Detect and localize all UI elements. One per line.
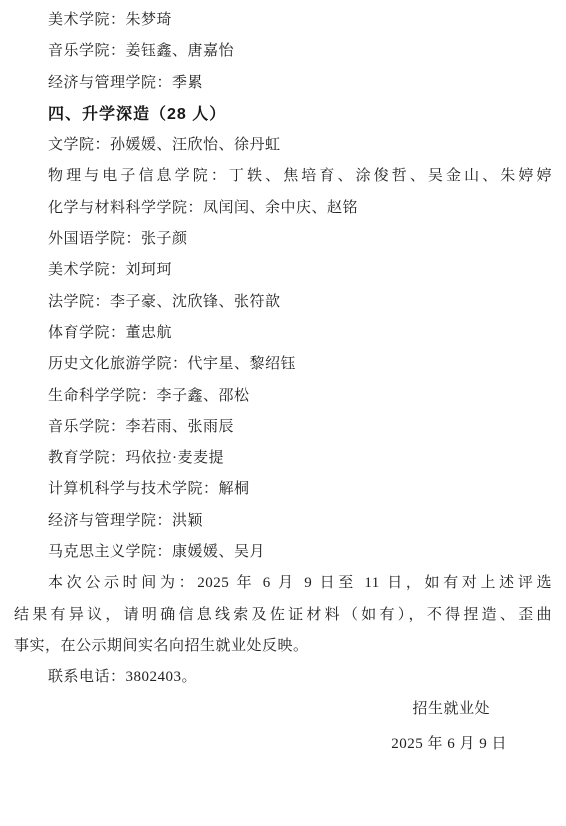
signature-department: 招生就业处 — [14, 694, 552, 725]
college-row-marxism: 马克思主义学院：康媛媛、吴月 — [14, 537, 552, 568]
college-row-economics-prev: 经济与管理学院：季累 — [14, 68, 552, 99]
college-row-chemistry: 化学与材料科学学院：凤闰闰、余中庆、赵铭 — [14, 193, 552, 224]
notice-paragraph-line-1: 本次公示时间为：2025 年 6 月 9 日至 11 日，如有对上述评选 — [14, 568, 552, 599]
college-row-physical-education: 体育学院：董忠航 — [14, 318, 552, 349]
college-row-music: 音乐学院：李若雨、张雨辰 — [14, 412, 552, 443]
college-row-physics: 物理与电子信息学院：丁轶、焦培育、涂俊哲、吴金山、朱婷婷 — [14, 161, 552, 192]
notice-paragraph-line-3: 事实，在公示期间实名向招生就业处反映。 — [14, 631, 552, 662]
college-row-education: 教育学院：玛依拉·麦麦提 — [14, 443, 552, 474]
college-row-life-sciences: 生命科学学院：李子鑫、邵松 — [14, 381, 552, 412]
college-row-economics: 经济与管理学院：洪颖 — [14, 506, 552, 537]
college-row-literature: 文学院：孙媛媛、汪欣怡、徐丹虹 — [14, 130, 552, 161]
college-row-computer-science: 计算机科学与技术学院：解桐 — [14, 474, 552, 505]
college-row-music-prev: 音乐学院：姜钰鑫、唐嘉怡 — [14, 36, 552, 67]
college-row-law: 法学院：李子豪、沈欣锋、张符歆 — [14, 287, 552, 318]
contact-phone-line: 联系电话：3802403。 — [14, 662, 552, 693]
college-row-foreign-languages: 外国语学院：张子颜 — [14, 224, 552, 255]
notice-paragraph-line-2: 结果有异议，请明确信息线索及佐证材料（如有），不得捏造、歪曲 — [14, 600, 552, 631]
document-page: 美术学院：朱梦琦 音乐学院：姜钰鑫、唐嘉怡 经济与管理学院：季累 四、升学深造（… — [0, 0, 566, 826]
section-four-heading: 四、升学深造（28 人） — [14, 99, 552, 130]
signature-date: 2025 年 6 月 9 日 — [14, 729, 552, 760]
college-row-history-culture-tourism: 历史文化旅游学院：代宇星、黎绍钰 — [14, 349, 552, 380]
college-row-art-prev: 美术学院：朱梦琦 — [14, 5, 552, 36]
college-row-art: 美术学院：刘珂珂 — [14, 255, 552, 286]
